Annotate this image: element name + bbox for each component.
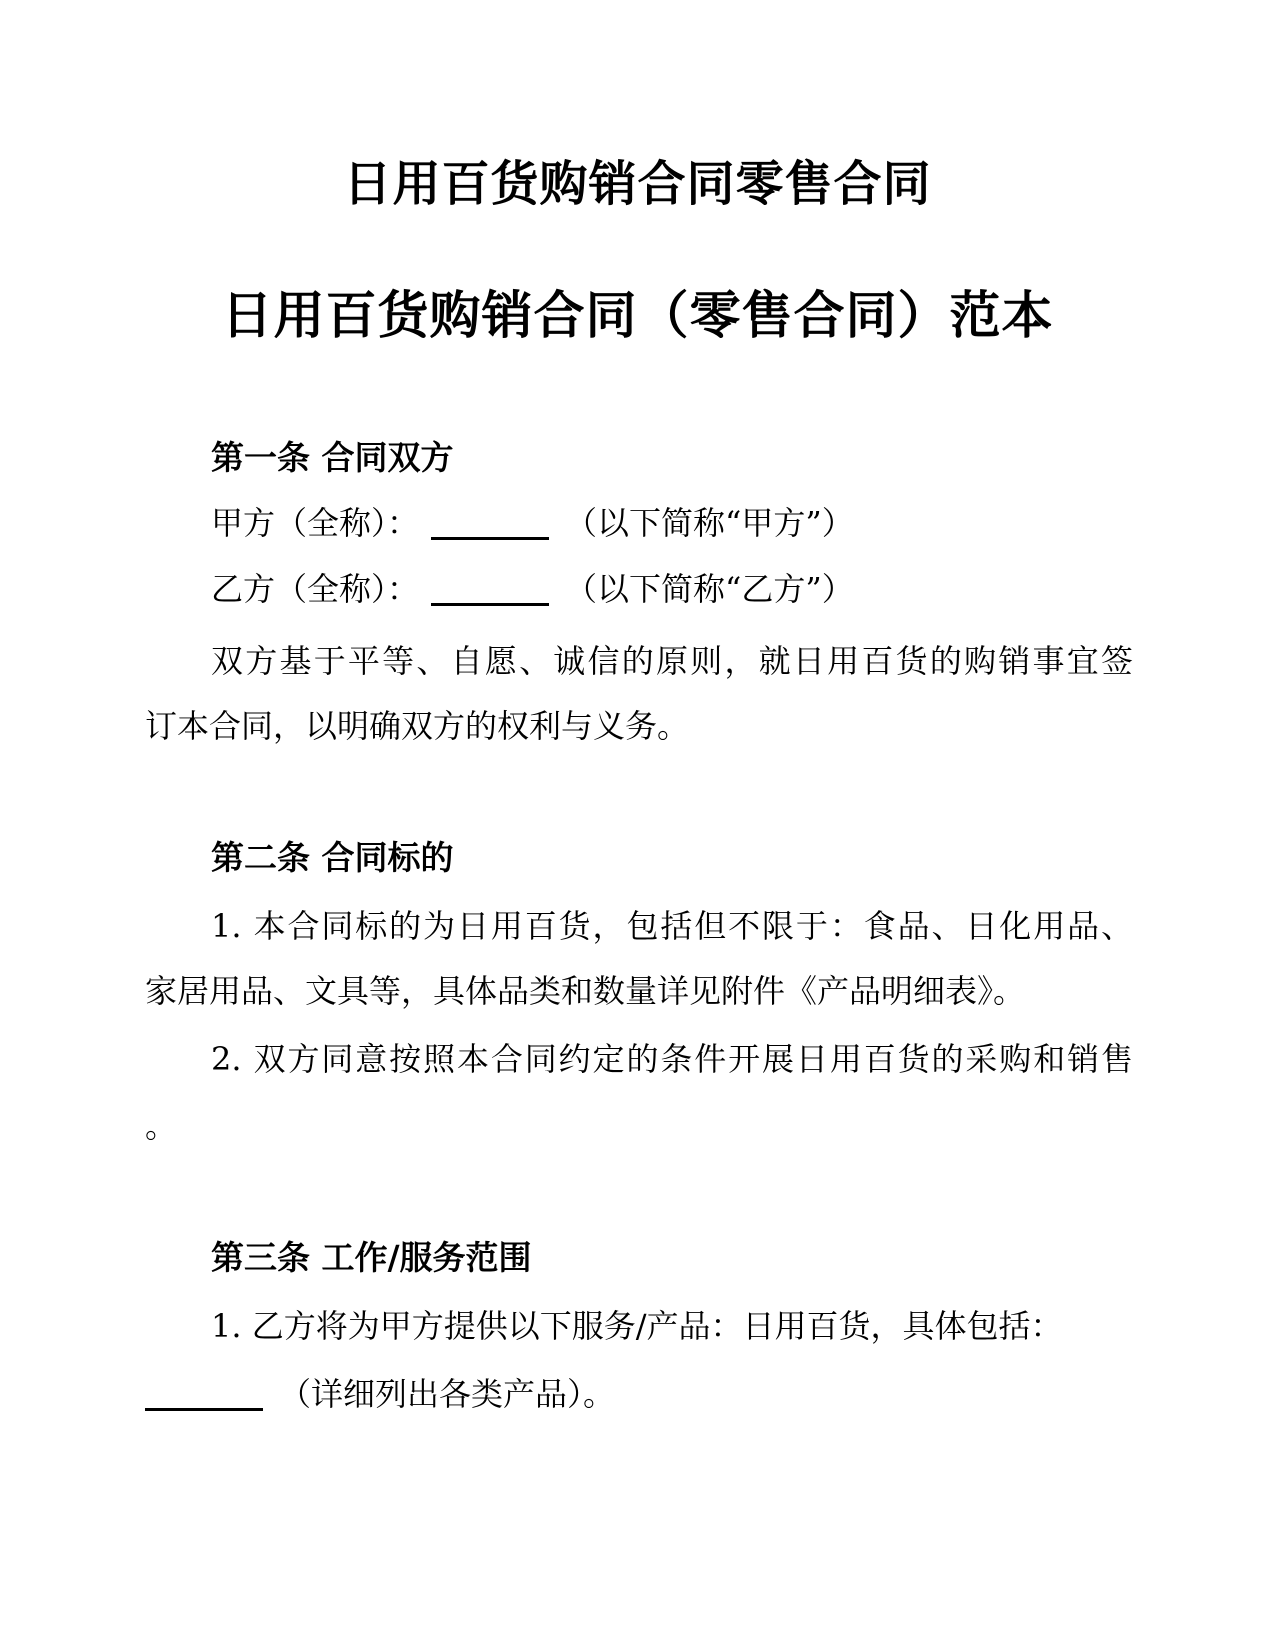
party-b-line: 乙方（全称）：（以下简称“乙方”） [145,566,1133,612]
party-b-fill-in-blank [431,567,549,606]
scope-item-1-line-2: （详细列出各类产品）。 [145,1371,1133,1417]
party-a-alias: （以下简称“甲方”） [565,504,854,542]
party-a-fill-in-blank [431,501,549,540]
section-3-heading: 第三条 工作/服务范围 [145,1235,1133,1281]
party-b-label: 乙方（全称）： [211,570,419,608]
scope-item-1-line-1: 1. 乙方将为甲方提供以下服务/产品：日用百货，具体包括： [145,1303,1133,1349]
subject-item-2-line-1: 2. 双方同意按照本合同约定的条件开展日用百货的采购和销售 [145,1036,1133,1082]
party-a-label: 甲方（全称）： [211,504,419,542]
subject-item-1-line-1: 1. 本合同标的为日用百货，包括但不限于：食品、日化用品、 [145,903,1133,949]
document-subtitle: 日用百货购销合同（零售合同）范本 [0,286,1275,348]
contract-basis-line-2: 订本合同，以明确双方的权利与义务。 [145,703,1133,749]
contract-document-page: 日用百货购销合同零售合同 日用百货购销合同（零售合同）范本 第一条 合同双方 甲… [0,0,1275,1650]
section-2-heading: 第二条 合同标的 [145,835,1133,881]
party-a-line: 甲方（全称）：（以下简称“甲方”） [145,500,1133,546]
document-title: 日用百货购销合同零售合同 [0,155,1275,213]
subject-item-1-line-2: 家居用品、文具等，具体品类和数量详见附件《产品明细表》。 [145,968,1133,1014]
product-list-fill-in-blank [145,1372,263,1411]
contract-basis-line-1: 双方基于平等、自愿、诚信的原则，就日用百货的购销事宜签 [145,638,1133,684]
subject-item-2-line-2: 。 [145,1103,1133,1149]
party-b-alias: （以下简称“乙方”） [565,570,854,608]
product-list-note: （详细列出各类产品）。 [279,1375,615,1413]
section-1-heading: 第一条 合同双方 [145,435,1133,481]
